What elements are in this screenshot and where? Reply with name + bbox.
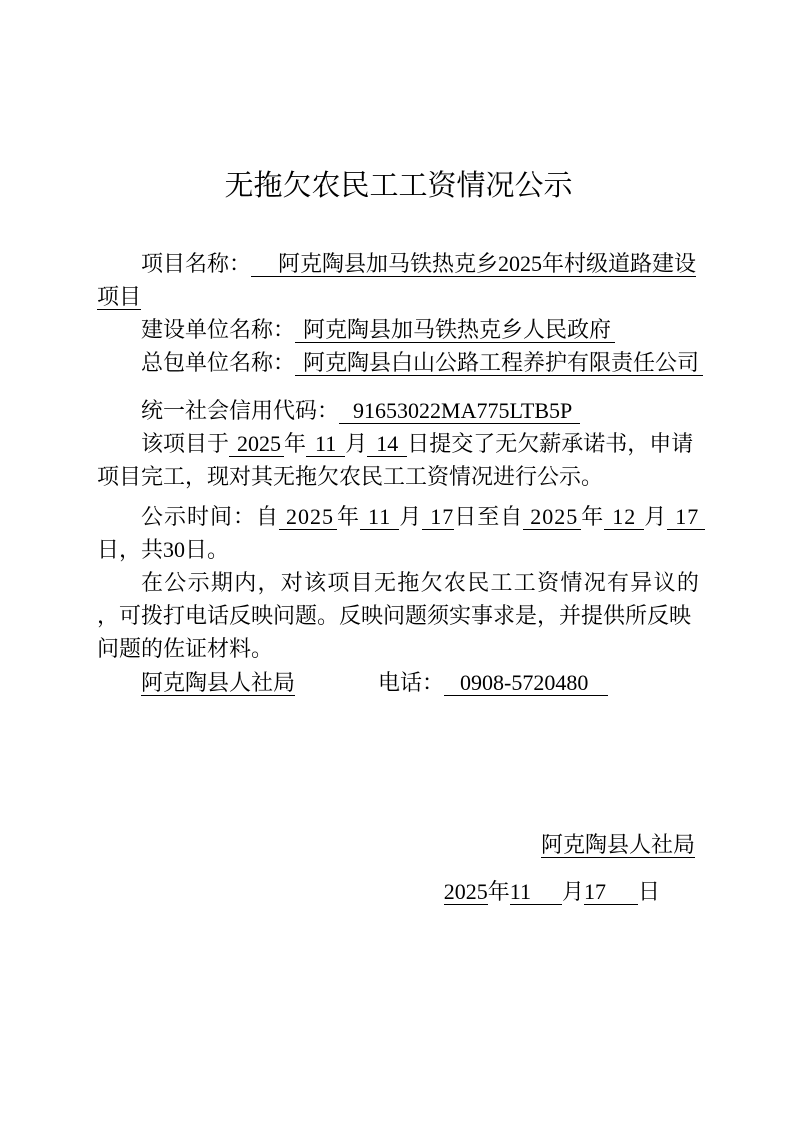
phone-value: 0908-5720480 [444, 670, 608, 696]
credit-code-label: 统一社会信用代码： [141, 398, 339, 423]
period-end-day-value: 17 [667, 504, 705, 530]
text-run: 问题的佐证材料。 [97, 636, 273, 661]
contractor-unit-label: 总包单位名称： [141, 350, 295, 375]
notice-document-page: 无拖欠农民工工资情况公示 项目名称：阿克陶县加马铁热克乡2025年村级道路建设项… [0, 0, 793, 1122]
period-start-day-value: 17 [422, 504, 454, 530]
credit-code-value: 91653022MA775LTB5P [339, 398, 580, 424]
sign-date-day-value: 17 [584, 879, 638, 905]
text-run: 月 [345, 431, 367, 456]
period-duration-text: 日，共30日。 [97, 537, 229, 562]
text-run: 年 [337, 504, 360, 529]
text-run: 日至自 [454, 504, 523, 529]
text-run: 日 [638, 879, 660, 904]
text-run: 月 [399, 504, 422, 529]
contractor-unit-value: 阿克陶县白山公路工程养护有限责任公司 [295, 350, 703, 376]
text-run: 月 [562, 879, 584, 904]
commitment-month-value: 11 [306, 431, 345, 457]
line-objection-2: ，可拨打电话反映问题。反映问题须实事求是，并提供所反映 [97, 599, 700, 632]
line-contractor-unit: 总包单位名称：阿克陶县白山公路工程养护有限责任公司 [97, 346, 700, 379]
text-run: 月 [644, 504, 667, 529]
commitment-year-value: 2025 [229, 431, 284, 457]
text-run: 日提交了无欠薪承诺书，申请 [407, 431, 693, 456]
document-title: 无拖欠农民工工资情况公示 [97, 170, 700, 203]
line-project-name: 项目名称：阿克陶县加马铁热克乡2025年村级道路建设 [97, 247, 700, 280]
text-run: 年 [581, 504, 604, 529]
sign-date-year-value: 2025 [444, 879, 488, 905]
period-end-month-value: 12 [604, 504, 644, 530]
text-run: 项目完工，现对其无拖欠农民工工资情况进行公示。 [97, 464, 603, 489]
commitment-day-value: 14 [367, 431, 407, 457]
text-run: 该项目于 [141, 431, 229, 456]
line-commitment: 该项目于2025年11月14日提交了无欠薪承诺书，申请 [97, 427, 700, 460]
line-objection-3: 问题的佐证材料。 [97, 632, 700, 665]
period-start-year-value: 2025 [279, 504, 337, 530]
text-run: 年 [488, 879, 510, 904]
text-run: ，可拨打电话反映问题。反映问题须实事求是，并提供所反映 [97, 603, 691, 628]
line-signature: 阿克陶县人社局 [97, 828, 700, 861]
publicity-period-label: 公示时间：自 [141, 504, 279, 529]
line-commitment-wrap: 项目完工，现对其无拖欠农民工工资情况进行公示。 [97, 460, 700, 493]
line-construction-unit: 建设单位名称：阿克陶县加马铁热克乡人民政府 [97, 313, 700, 346]
doc-body: 项目名称：阿克陶县加马铁热克乡2025年村级道路建设项目建设单位名称：阿克陶县加… [97, 247, 700, 908]
project-name-label: 项目名称： [141, 251, 251, 276]
line-date: 2025年11月17日 [97, 875, 700, 908]
period-end-year-value: 2025 [523, 504, 581, 530]
construction-unit-label: 建设单位名称： [141, 317, 295, 342]
line-credit-code: 统一社会信用代码：91653022MA775LTB5P [97, 394, 700, 427]
line-contact: 阿克陶县人社局电话：0908-5720480 [97, 666, 700, 699]
contact-agency-value: 阿克陶县人社局 [141, 670, 295, 696]
period-start-month-value: 11 [360, 504, 399, 530]
construction-unit-value: 阿克陶县加马铁热克乡人民政府 [295, 317, 615, 343]
phone-label: 电话： [378, 670, 444, 695]
line-publicity-period-wrap: 日，共30日。 [97, 533, 700, 566]
text-run: 年 [284, 431, 306, 456]
project-name-value: 阿克陶县加马铁热克乡2025年村级道路建设 [251, 251, 696, 277]
line-publicity-period: 公示时间：自2025年11月17日至自2025年12月17 [97, 500, 700, 533]
project-name-value-wrap: 项目 [97, 284, 141, 310]
line-objection-1: 在公示期内，对该项目无拖欠农民工工资情况有异议的 [97, 566, 700, 599]
signature-agency-value: 阿克陶县人社局 [541, 832, 695, 858]
text-run: 在公示期内，对该项目无拖欠农民工工资情况有异议的 [141, 570, 700, 595]
sign-date-month-value: 11 [510, 879, 562, 905]
line-project-name-wrap: 项目 [97, 280, 700, 313]
